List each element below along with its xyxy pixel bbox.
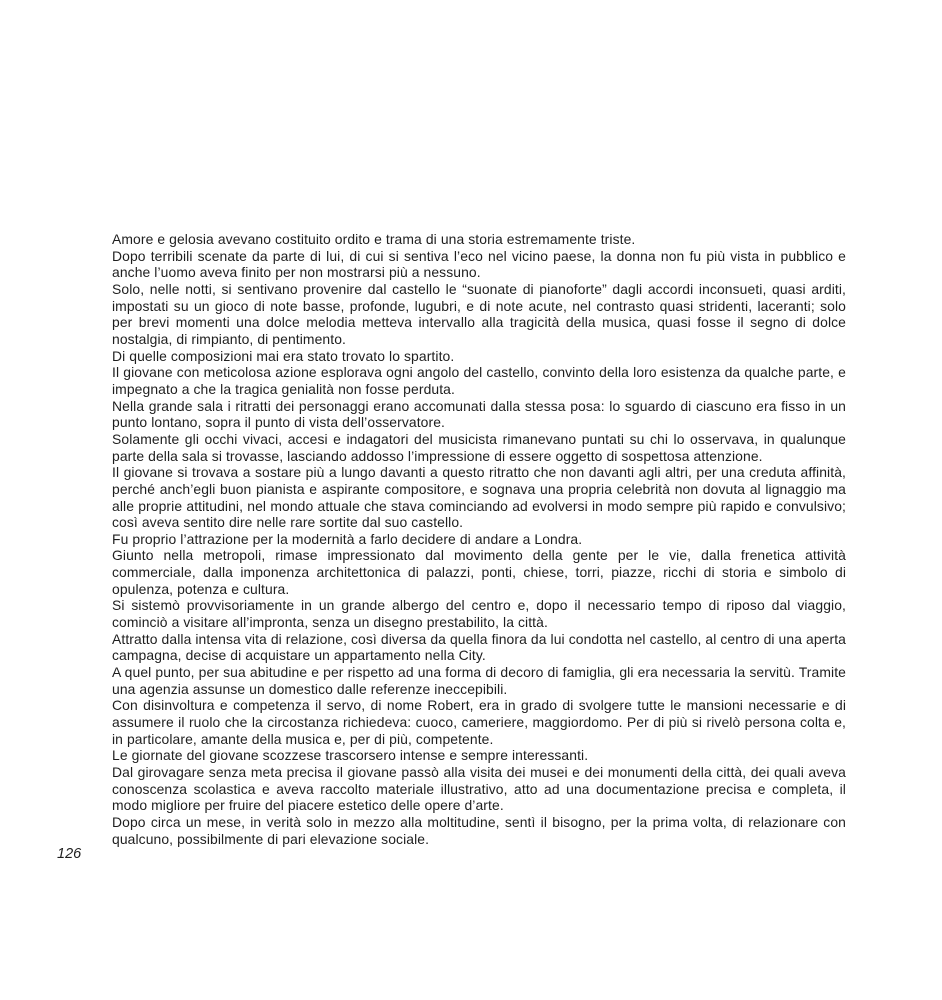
paragraph: Solamente gli occhi vivaci, accesi e ind… [112,431,846,464]
paragraph: Giunto nella metropoli, rimase impressio… [112,547,846,597]
text-block: Amore e gelosia avevano costituito ordit… [112,231,846,847]
paragraph: Attratto dalla intensa vita di relazione… [112,631,846,664]
paragraph: Fu proprio l’attrazione per la modernità… [112,531,846,548]
paragraph: Amore e gelosia avevano costituito ordit… [112,231,846,248]
paragraph: Dopo circa un mese, in verità solo in me… [112,814,846,847]
scanned-page: 126 Amore e gelosia avevano costituito o… [0,0,942,1000]
paragraph: Il giovane con meticolosa azione esplora… [112,364,846,397]
paragraph: Dal girovagare senza meta precisa il gio… [112,764,846,814]
paragraph: Dopo terribili scenate da parte di lui, … [112,248,846,281]
paragraph: Si sistemò provvisoriamente in un grande… [112,597,846,630]
paragraph: Solo, nelle notti, si sentivano provenir… [112,281,846,348]
paragraph: A quel punto, per sua abitudine e per ri… [112,664,846,697]
book-page: { "page": { "number": "126", "paragraphs… [0,0,942,1000]
paragraph: Di quelle composizioni mai era stato tro… [112,348,846,365]
page-number: 126 [57,846,81,862]
paragraph: Con disinvoltura e competenza il servo, … [112,697,846,747]
paragraph: Nella grande sala i ritratti dei persona… [112,398,846,431]
paragraph: Le giornate del giovane scozzese trascor… [112,747,846,764]
paragraph: Il giovane si trovava a sostare più a lu… [112,464,846,531]
